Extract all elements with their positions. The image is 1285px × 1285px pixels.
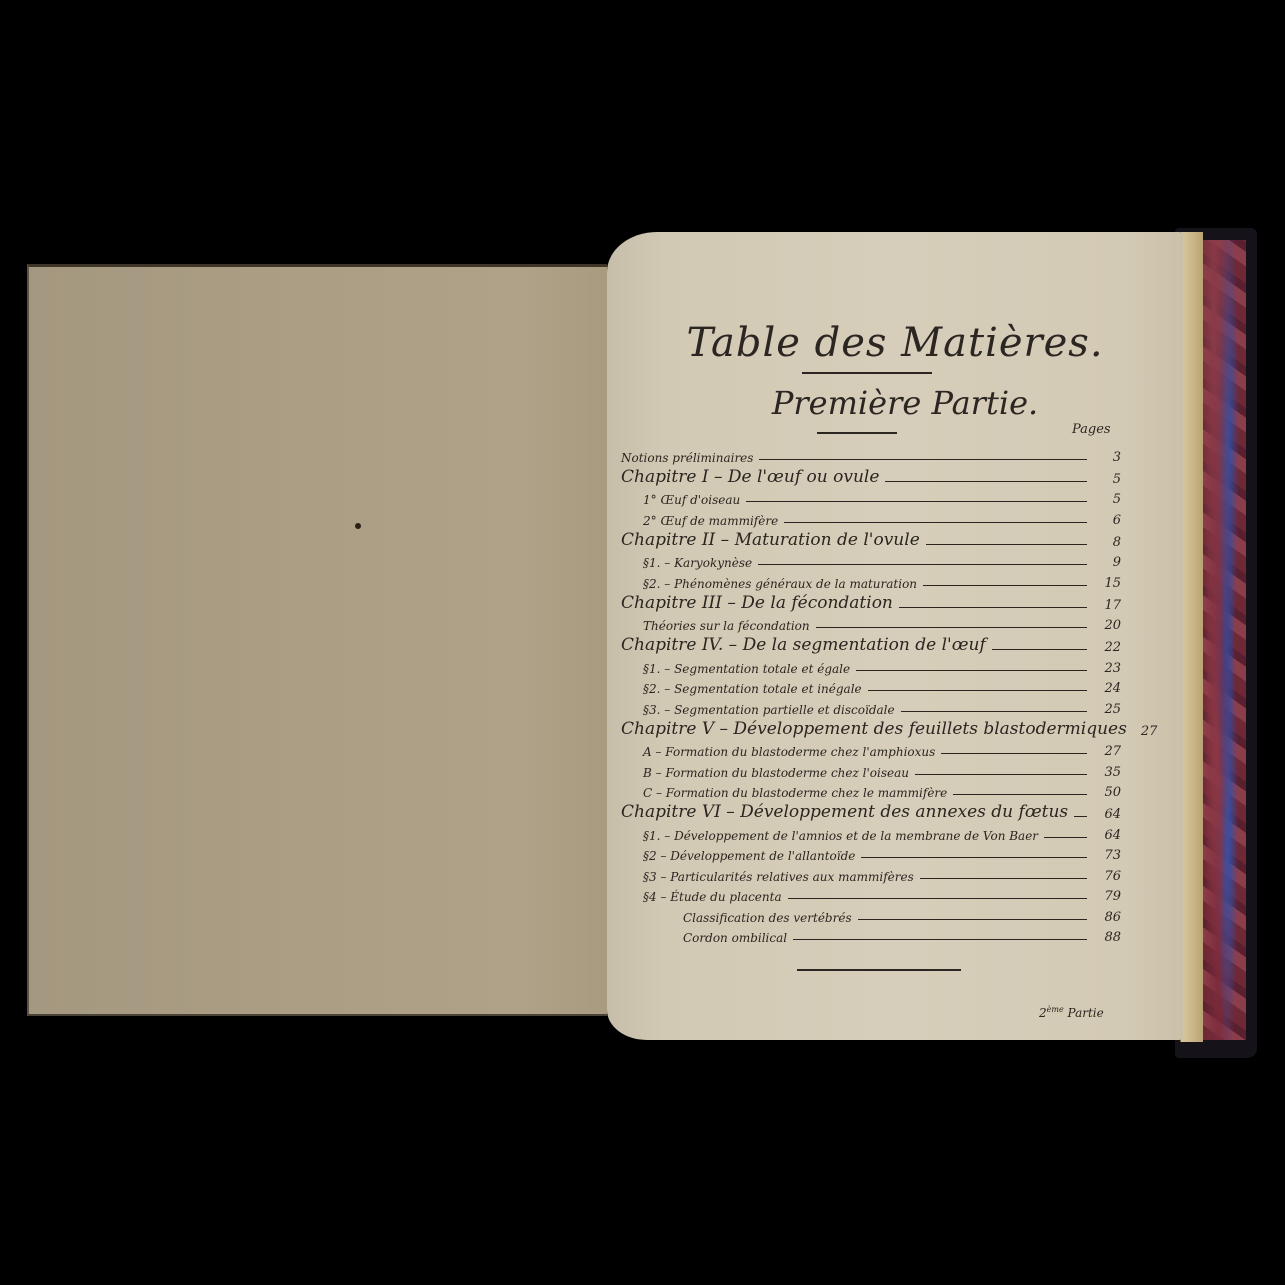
open-book: Table des Matières. Première Partie. Pag… [0,0,1285,1285]
toc-entry: §1. – Développement de l'amnios et de la… [621,822,1121,843]
toc-chapter: Chapitre II – Maturation de l'ovule8 [621,528,1121,550]
toc-chapter: Chapitre V – Développement des feuillets… [621,717,1121,739]
toc-entry: §3 – Particularités relatives aux mammif… [621,863,1121,884]
toc-chapter: Chapitre VI – Développement des annexes … [621,800,1121,822]
toc-entry: Théories sur la fécondation20 [621,613,1121,634]
toc-entry: B – Formation du blastoderme chez l'oise… [621,759,1121,780]
toc-entry: §2. – Phénomènes généraux de la maturati… [621,570,1121,591]
ink-speck [355,523,361,529]
toc-entry: §4 – Étude du placenta79 [621,884,1121,905]
page-edges [1180,232,1203,1042]
toc-entry: §2. – Segmentation totale et inégale24 [621,676,1121,697]
toc-chapter: Chapitre I – De l'œuf ou ovule5 [621,465,1121,487]
toc-entry: §1. – Segmentation totale et égale23 [621,655,1121,676]
toc-chapter: Chapitre III – De la fécondation17 [621,591,1121,613]
page-title: Table des Matières. [607,320,1183,366]
part-heading: Première Partie. [607,384,1183,422]
toc-entry: C – Formation du blastoderme chez le mam… [621,780,1121,801]
toc-entry: Classification des vertébrés86 [621,904,1121,925]
toc-entry: A – Formation du blastoderme chez l'amph… [621,739,1121,760]
table-of-contents-page: Table des Matières. Première Partie. Pag… [607,232,1183,1040]
toc-entry: Notions préliminaires3 [621,444,1121,465]
toc-chapter: Chapitre IV. – De la segmentation de l'œ… [621,633,1121,655]
toc-entry: §1. – Karyokynèse9 [621,550,1121,571]
toc-entry: Cordon ombilical88 [621,925,1121,946]
toc-entry: 1° Œuf d'oiseau5 [621,487,1121,508]
marbled-endpaper [1200,240,1246,1040]
left-page-blank [27,264,607,1016]
next-part-catchword: 2ème Partie [1039,1005,1104,1020]
title-underline [802,372,932,374]
part-underline [817,432,897,434]
toc-list: Notions préliminaires3 Chapitre I – De l… [621,444,1121,945]
toc-entry: §2 – Développement de l'allantoïde73 [621,843,1121,864]
toc-entry: 2° Œuf de mammifère6 [621,507,1121,528]
toc-entry: §3. – Segmentation partielle et discoïda… [621,696,1121,717]
pages-column-header: Pages [1072,422,1111,437]
end-rule [797,969,961,971]
